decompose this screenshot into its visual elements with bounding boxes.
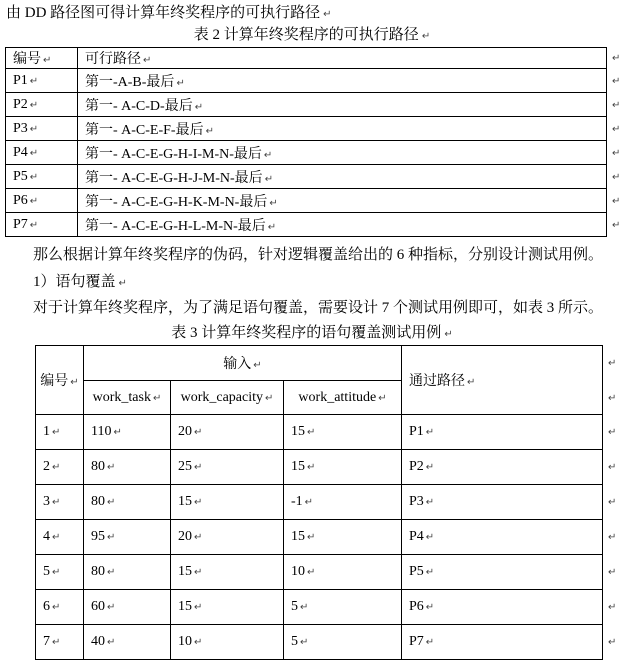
table3-cell-path: P3↵ [402,485,603,520]
cell-text: 110 [91,424,111,439]
table2-row: P7↵ 第一- A-C-E-G-H-L-M-N-最后↵ ↵ [6,213,621,237]
paragraph-mark: ↵ [141,55,151,66]
paragraph-mark: ↵ [105,637,115,648]
table3-cell-id: 1↵ [36,415,84,450]
header-text: work_task [93,390,151,405]
cell-text: 5 [291,599,298,614]
table3-cell-path: P2↵ [402,450,603,485]
paragraph-mark: ↵ [610,124,620,135]
header-text: work_capacity [181,390,263,405]
table3-cell-id: 3↵ [36,485,84,520]
document-page: 由 DD 路径图可得计算年终奖程序的可执行路径↵ 表 2 计算年终奖程序的可执行… [0,0,624,670]
row-end-mark: ↵ [603,625,617,660]
table3-cell-work-task: 80↵ [84,485,171,520]
row-end-mark: ↵ [603,520,617,555]
table3-cell-work-attitude: 5↵ [284,625,402,660]
paragraph-mark: ↵ [610,100,620,111]
table3-cell-id: 6↵ [36,590,84,625]
row-end-mark: ↵ [607,213,621,237]
row-end-mark: ↵ [603,485,617,520]
cell-text: 80 [91,459,105,474]
table3-cell-work-attitude: 15↵ [284,415,402,450]
cell-text: 15 [291,529,305,544]
cell-text: 15 [178,564,192,579]
table2-cell-path: 第一- A-C-E-G-H-J-M-N-最后↵ [78,165,607,189]
row-end-mark: ↵ [603,590,617,625]
cell-text: 15 [291,459,305,474]
paragraph-mark: ↵ [28,172,38,183]
cell-text: 15 [178,599,192,614]
paragraph-text: 那么根据计算年终奖程序的伪码，针对逻辑覆盖给出的 6 种指标，分别设计测试用例。 [33,247,603,263]
cell-text: 第一- A-C-E-G-H-L-M-N-最后 [85,219,266,234]
table2-caption-text: 表 2 计算年终奖程序的可执行路径 [194,27,419,43]
paragraph-mark: ↵ [116,278,127,289]
cell-text: 10 [178,634,192,649]
paragraph-mark: ↵ [68,377,78,388]
paragraph-mark: ↵ [424,462,434,473]
paragraph-mark: ↵ [424,637,434,648]
cell-text: P2 [13,97,28,112]
paragraph-mark: ↵ [28,124,38,135]
paragraph-mark: ↵ [50,567,60,578]
header-text: 通过路径 [409,374,465,389]
cell-text: 10 [291,564,305,579]
cell-text: 第一-A-B-最后 [85,75,174,90]
paragraph-mark: ↵ [105,462,115,473]
table2-row: P1↵ 第一-A-B-最后↵ ↵ [6,69,621,93]
table3-row: 7↵ 40↵ 10↵ 5↵ P7↵ ↵ [36,625,617,660]
table3-cell-work-capacity: 20↵ [171,415,284,450]
table3-header-input-group: 输入↵ [84,346,402,381]
paragraph-mark: ↵ [606,393,616,404]
table2-cell-id: P2↵ [6,93,78,117]
paragraph-mark: ↵ [50,427,60,438]
cell-text: 5 [43,564,50,579]
paragraph-mark: ↵ [263,174,273,185]
table3-cell-id: 7↵ [36,625,84,660]
table3-header-work-capacity: work_capacity↵ [171,381,284,415]
table3-cell-work-attitude: 5↵ [284,590,402,625]
table2-header-id: 编号↵ [6,48,78,69]
table2-cell-path: 第一- A-C-E-G-H-I-M-N-最后↵ [78,141,607,165]
table2: 编号↵ 可行路径↵ ↵ P1↵ 第一-A-B-最后↵ ↵ P2↵ 第一- A-C… [5,47,621,237]
table3-row: 6↵ 60↵ 15↵ 5↵ P6↵ ↵ [36,590,617,625]
table3-row: 1↵ 110↵ 20↵ 15↵ P1↵ ↵ [36,415,617,450]
table2-header-path: 可行路径↵ [78,48,607,69]
paragraph-mark: ↵ [174,78,184,89]
cell-text: P7 [409,634,424,649]
paragraph-mark: ↵ [606,497,616,508]
table2-cell-path: 第一- A-C-E-G-H-L-M-N-最后↵ [78,213,607,237]
paragraph-mark: ↵ [606,567,616,578]
table2-cell-path: 第一- A-C-E-F-最后↵ [78,117,607,141]
table3-cell-id: 2↵ [36,450,84,485]
table2-caption: 表 2 计算年终奖程序的可执行路径↵ [0,26,624,46]
table3-cell-work-capacity: 15↵ [171,555,284,590]
paragraph-mark: ↵ [105,497,115,508]
paragraph-mark: ↵ [192,462,202,473]
paragraph-mark: ↵ [50,497,60,508]
table3-cell-path: P7↵ [402,625,603,660]
paragraph-mark: ↵ [305,427,315,438]
table3-cell-work-capacity: 15↵ [171,485,284,520]
paragraph-mark: ↵ [424,427,434,438]
table3-cell-work-task: 40↵ [84,625,171,660]
cell-text: P6 [13,193,28,208]
table3-row: 5↵ 80↵ 15↵ 10↵ P5↵ ↵ [36,555,617,590]
table2-header-row: 编号↵ 可行路径↵ ↵ [6,48,621,69]
table3-cell-id: 5↵ [36,555,84,590]
table3-cell-work-capacity: 10↵ [171,625,284,660]
table3-cell-work-task: 80↵ [84,450,171,485]
paragraph-mark: ↵ [192,427,202,438]
row-end-mark: ↵ [603,415,617,450]
paragraph-mark: ↵ [610,76,620,87]
paragraph-mark: ↵ [424,497,434,508]
paragraph-mark: ↵ [465,377,475,388]
cell-text: 80 [91,564,105,579]
cell-text: P1 [409,424,424,439]
paragraph-text: 对于计算年终奖程序，为了满足语句覆盖，需要设计 7 个测试用例即可，如表 3 所… [33,300,603,316]
row-end-mark: ↵ [607,48,621,69]
header-text: 可行路径 [85,52,141,67]
paragraph-mark: ↵ [111,427,121,438]
table3-cell-work-attitude: -1↵ [284,485,402,520]
cell-text: 15 [291,424,305,439]
paragraph-mark: ↵ [419,31,430,42]
table3-header-row-1: 编号↵ 输入↵ 通过路径↵ ↵ [36,346,617,381]
intro-text: 由 DD 路径图可得计算年终奖程序的可执行路径 [6,5,320,21]
header-text: 编号 [13,52,41,67]
paragraph-mark: ↵ [298,637,308,648]
table2-row: P4↵ 第一- A-C-E-G-H-I-M-N-最后↵ ↵ [6,141,621,165]
cell-text: P2 [409,459,424,474]
paragraph-mark: ↵ [192,637,202,648]
table3-row: 3↵ 80↵ 15↵ -1↵ P3↵ ↵ [36,485,617,520]
intro-paragraph: 由 DD 路径图可得计算年终奖程序的可执行路径↵ [6,4,332,24]
table2-cell-id: P5↵ [6,165,78,189]
paragraph-mark: ↵ [606,532,616,543]
paragraph-mark: ↵ [204,126,214,137]
row-end-mark: ↵ [607,93,621,117]
table2-cell-id: P7↵ [6,213,78,237]
paragraph-mark: ↵ [376,393,386,404]
paragraph-mark: ↵ [192,532,202,543]
cell-text: 第一- A-C-E-G-H-I-M-N-最后 [85,147,262,162]
cell-text: P4 [409,529,424,544]
row-end-mark: ↵ [603,381,617,415]
cell-text: 第一- A-C-E-F-最后 [85,123,204,138]
paragraph-mark: ↵ [305,567,315,578]
paragraph-mark: ↵ [192,602,202,613]
paragraph-mark: ↵ [41,55,51,66]
paragraph-mark: ↵ [105,532,115,543]
table3-cell-path: P6↵ [402,590,603,625]
cell-text: P7 [13,217,28,232]
paragraph-mark: ↵ [610,220,620,231]
cell-text: 20 [178,529,192,544]
table2-cell-id: P3↵ [6,117,78,141]
row-end-mark: ↵ [603,346,617,381]
paragraph-mark: ↵ [303,497,313,508]
paragraph-mark: ↵ [263,393,273,404]
table3-cell-work-attitude: 15↵ [284,520,402,555]
paragraph-mark: ↵ [606,462,616,473]
table3-caption: 表 3 计算年终奖程序的语句覆盖测试用例↵ [0,324,624,344]
body-paragraph-1: 那么根据计算年终奖程序的伪码，针对逻辑覆盖给出的 6 种指标，分别设计测试用例。 [33,246,603,265]
cell-text: 第一- A-C-E-G-H-J-M-N-最后 [85,171,263,186]
table2-cell-path: 第一- A-C-D-最后↵ [78,93,607,117]
paragraph-mark: ↵ [105,602,115,613]
header-text: work_attitude [298,390,376,405]
row-end-mark: ↵ [607,117,621,141]
table3-cell-work-task: 95↵ [84,520,171,555]
cell-text: 4 [43,529,50,544]
paragraph-mark: ↵ [28,220,38,231]
paragraph-mark: ↵ [192,497,202,508]
cell-text: P5 [409,564,424,579]
cell-text: P3 [409,494,424,509]
table3-cell-work-capacity: 20↵ [171,520,284,555]
paragraph-mark: ↵ [262,150,272,161]
paragraph-mark: ↵ [606,358,616,369]
paragraph-mark: ↵ [606,602,616,613]
cell-text: 20 [178,424,192,439]
cell-text: 60 [91,599,105,614]
row-end-mark: ↵ [607,165,621,189]
paragraph-mark: ↵ [267,198,277,209]
table2-cell-id: P1↵ [6,69,78,93]
cell-text: 3 [43,494,50,509]
cell-text: 80 [91,494,105,509]
paragraph-mark: ↵ [251,360,261,371]
paragraph-mark: ↵ [305,532,315,543]
table3-cell-work-task: 60↵ [84,590,171,625]
paragraph-mark: ↵ [28,148,38,159]
paragraph-mark: ↵ [606,427,616,438]
paragraph-mark: ↵ [441,329,452,340]
table3: 编号↵ 输入↵ 通过路径↵ ↵ work_task↵ work_capacity… [35,345,617,660]
table3-header-work-attitude: work_attitude↵ [284,381,402,415]
body-paragraph-2: 1）语句覆盖↵ [33,273,127,293]
header-text: 输入 [223,357,251,372]
paragraph-mark: ↵ [424,602,434,613]
cell-text: P1 [13,73,28,88]
paragraph-mark: ↵ [424,567,434,578]
table3-cell-path: P1↵ [402,415,603,450]
table3-header-work-task: work_task↵ [84,381,171,415]
table3-cell-path: P4↵ [402,520,603,555]
paragraph-mark: ↵ [606,637,616,648]
table3-cell-work-capacity: 15↵ [171,590,284,625]
table3-cell-work-capacity: 25↵ [171,450,284,485]
table2-cell-path: 第一-A-B-最后↵ [78,69,607,93]
paragraph-mark: ↵ [151,393,161,404]
paragraph-mark: ↵ [28,196,38,207]
paragraph-mark: ↵ [298,602,308,613]
paragraph-mark: ↵ [28,76,38,87]
paragraph-mark: ↵ [610,196,620,207]
table2-cell-id: P4↵ [6,141,78,165]
cell-text: 第一- A-C-E-G-H-K-M-N-最后 [85,195,267,210]
cell-text: 7 [43,634,50,649]
paragraph-mark: ↵ [105,567,115,578]
paragraph-mark: ↵ [610,148,620,159]
paragraph-mark: ↵ [28,100,38,111]
row-end-mark: ↵ [603,450,617,485]
paragraph-mark: ↵ [610,53,620,64]
paragraph-mark: ↵ [192,567,202,578]
paragraph-mark: ↵ [424,532,434,543]
body-paragraph-3: 对于计算年终奖程序，为了满足语句覆盖，需要设计 7 个测试用例即可，如表 3 所… [33,299,603,318]
row-end-mark: ↵ [603,555,617,590]
row-end-mark: ↵ [607,141,621,165]
cell-text: 第一- A-C-D-最后 [85,99,193,114]
row-end-mark: ↵ [607,189,621,213]
cell-text: 2 [43,459,50,474]
cell-text: P5 [13,169,28,184]
cell-text: 25 [178,459,192,474]
cell-text: 40 [91,634,105,649]
cell-text: P4 [13,145,28,160]
cell-text: 6 [43,599,50,614]
paragraph-mark: ↵ [193,102,203,113]
table3-cell-work-attitude: 15↵ [284,450,402,485]
cell-text: 1 [43,424,50,439]
paragraph-text: 1）语句覆盖 [33,274,116,290]
table3-header-path: 通过路径↵ [402,346,603,415]
table3-header-id: 编号↵ [36,346,84,415]
table3-row: 2↵ 80↵ 25↵ 15↵ P2↵ ↵ [36,450,617,485]
table2-row: P6↵ 第一- A-C-E-G-H-K-M-N-最后↵ ↵ [6,189,621,213]
row-end-mark: ↵ [607,69,621,93]
table3-caption-text: 表 3 计算年终奖程序的语句覆盖测试用例 [171,325,441,341]
header-text: 编号 [40,374,68,389]
paragraph-mark: ↵ [50,637,60,648]
table3-cell-work-task: 110↵ [84,415,171,450]
table3-cell-work-attitude: 10↵ [284,555,402,590]
paragraph-mark: ↵ [305,462,315,473]
table2-row: P2↵ 第一- A-C-D-最后↵ ↵ [6,93,621,117]
paragraph-mark: ↵ [320,9,331,20]
table3-cell-path: P5↵ [402,555,603,590]
table2-row: P5↵ 第一- A-C-E-G-H-J-M-N-最后↵ ↵ [6,165,621,189]
cell-text: 5 [291,634,298,649]
cell-text: 15 [178,494,192,509]
paragraph-mark: ↵ [50,532,60,543]
table2-row: P3↵ 第一- A-C-E-F-最后↵ ↵ [6,117,621,141]
paragraph-mark: ↵ [50,462,60,473]
cell-text: 95 [91,529,105,544]
cell-text: P3 [13,121,28,136]
cell-text: -1 [291,494,303,509]
table3-cell-work-task: 80↵ [84,555,171,590]
cell-text: P6 [409,599,424,614]
paragraph-mark: ↵ [610,172,620,183]
paragraph-mark: ↵ [50,602,60,613]
table3-cell-id: 4↵ [36,520,84,555]
paragraph-mark: ↵ [266,222,276,233]
table3-row: 4↵ 95↵ 20↵ 15↵ P4↵ ↵ [36,520,617,555]
table2-cell-path: 第一- A-C-E-G-H-K-M-N-最后↵ [78,189,607,213]
table2-cell-id: P6↵ [6,189,78,213]
